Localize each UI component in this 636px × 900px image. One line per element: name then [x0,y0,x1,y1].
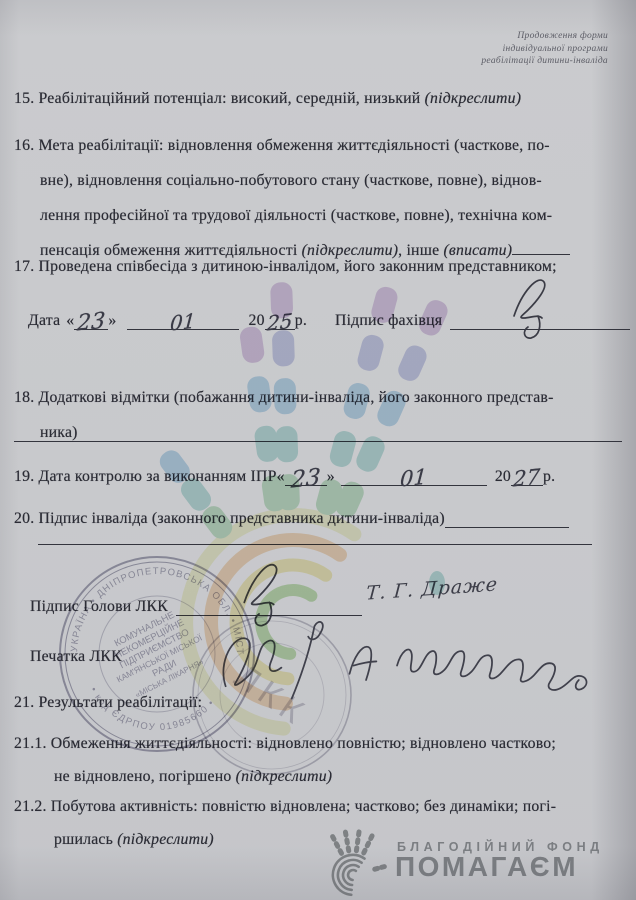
handwritten-year: 27 [513,466,541,490]
year-prefix: 20 [495,468,511,486]
pomagaem-logo-hand-icon [333,831,395,895]
logo-palm-arcs [333,855,365,895]
note-line: реабілітації дитини-інваліда [481,55,608,68]
item16-line2: вне), відновлення соціально-побутового с… [14,163,624,198]
specialist-signature [508,272,588,344]
finger-dashes [156,282,451,595]
handwritten-day: 23 [77,310,107,335]
date-label: Дата [28,312,60,330]
note-line: індивідуальної програми [481,43,608,56]
item16-line1: 16. Мета реабілітації: відновлення обмеж… [14,128,624,163]
signature-stroke [514,280,545,338]
item16-blank-field [512,237,570,255]
year-suffix: р. [543,468,555,486]
pomagaem-hand-watermark [145,255,480,655]
quote-close: » [108,312,116,330]
scanned-rehabilitation-form-page: Продовження форми індивідуальної програм… [0,0,636,900]
item15-text: 15. Реабілітаційний потенціал: високий, … [14,90,425,107]
item21-2-line1: 21.2. Побутова активність: повністю відн… [14,790,624,823]
day-field: 23 [74,312,108,330]
form-item-15: 15. Реабілітаційний потенціал: високий, … [14,90,624,108]
quote-open: « [66,312,74,330]
item16-line3: лення професійної та трудової діяльності… [14,198,624,233]
item15-underline-hint: (підкреслити) [425,90,522,107]
charity-fund-name: ПОМАГАЄМ [395,851,578,883]
note-line: Продовження форми [481,30,608,43]
year-field: 27 [511,468,543,486]
item21-2-underline-hint: (підкреслити) [117,831,214,848]
form-continuation-note: Продовження форми індивідуальної програм… [481,30,608,68]
form-item-16: 16. Мета реабілітації: відновлення обмеж… [14,128,624,268]
item21-2-line2: ршилась [54,831,117,848]
